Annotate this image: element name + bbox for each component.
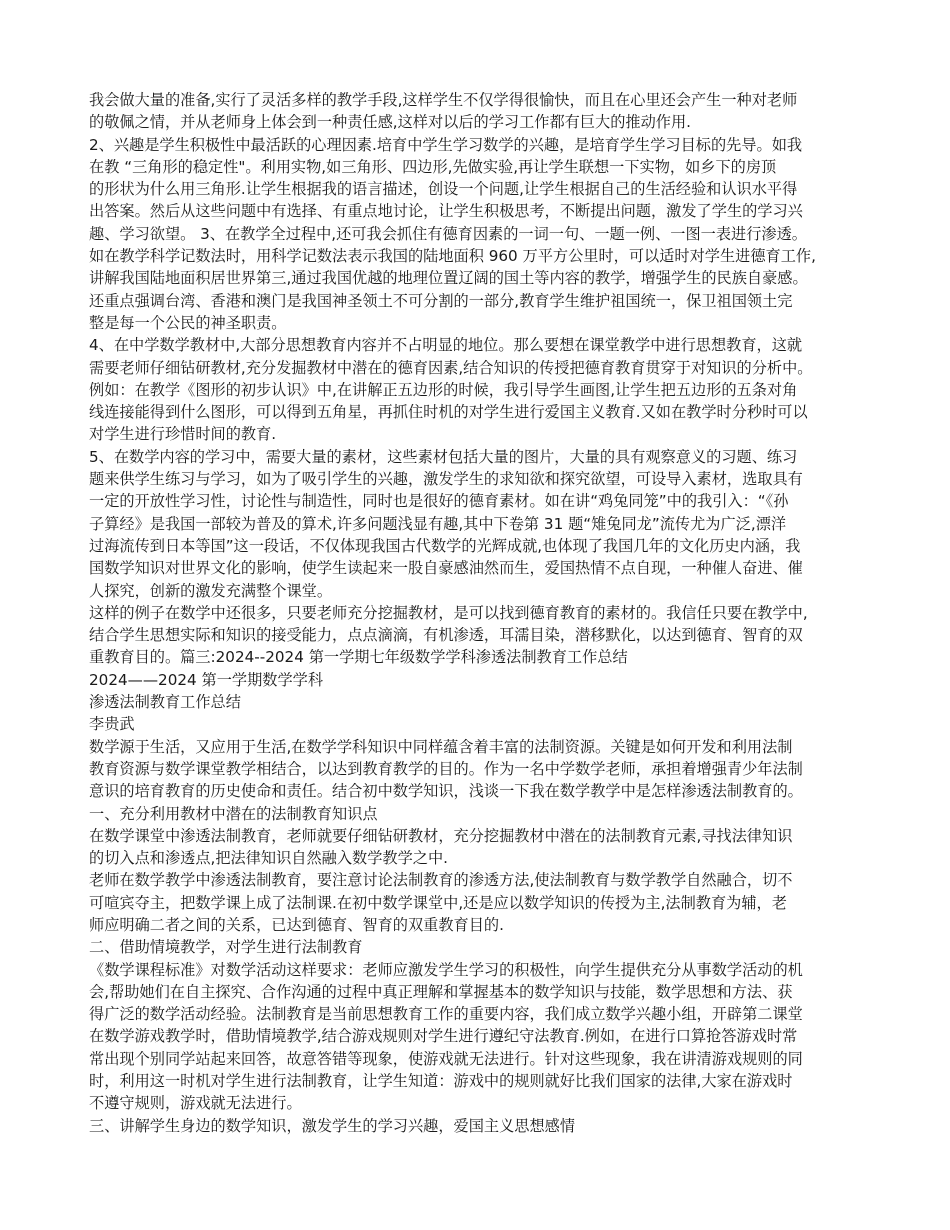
text-line: 常出现个别同学站起来回答，故意答错等现象，使游戏就无法进行。针对这些现象，我在讲… — [89, 1048, 869, 1070]
text-line: 老师在数学教学中渗透法制教育，要注意讨论法制教育的渗透方法,使法制教育与数学教学… — [89, 869, 869, 891]
text-line: 讲解我国陆地面积居世界第三,通过我国优越的地理位置辽阔的国土等内容的教学，增强学… — [89, 267, 869, 289]
text-line: 趣、学习欲望。 3、在教学全过程中,还可我会抓住有德育因素的一词一句、一题一例、… — [89, 223, 869, 245]
text-line: 数学源于生活，又应用于生活,在数学学科知识中同样蕴含着丰富的法制资源。关键是如何… — [89, 736, 869, 758]
text-line: 整是每一个公民的神圣职责。 — [89, 312, 869, 334]
text-line: 在数学游戏教学时，借助情境教学,结合游戏规则对学生进行遵纪守法教育.例如，在进行… — [89, 1025, 869, 1047]
text-line: 《数学课程标准》对数学活动这样要求：老师应激发学生学习的积极性，向学生提供充分从… — [89, 959, 869, 981]
text-line: 一定的开放性学习性，讨论性与制造性，同时也是很好的德育素材。如在讲“鸡兔同笼”中… — [89, 490, 869, 512]
text-line: 题来供学生练习与学习，如为了吸引学生的兴趣，激发学生的求知欲和探究欲望，可设导入… — [89, 468, 869, 490]
author-name: 李贵武 — [89, 713, 869, 735]
text-line: 线连接能得到什么图形，可以得到五角星，再抓住时机的对学生进行爱国主义教育.又如在… — [89, 401, 869, 423]
text-line: 不遵守规则，游戏就无法进行。 — [89, 1092, 869, 1114]
text-line: 子算经》是我国一部较为普及的算术,许多问题浅显有趣,其中下卷第 31 题“雉兔同… — [89, 513, 869, 535]
text-line: 结合学生思想实际和知识的接受能力，点点滴滴，有机渗透，耳濡目染，潜移默化，以达到… — [89, 624, 869, 646]
text-line: 时，利用这一时机对学生进行法制教育，让学生知道：游戏中的规则就好比我们国家的法律… — [89, 1070, 869, 1092]
text-line: 需要老师仔细钻研教材,充分发掘教材中潜在的德育因素,结合知识的传授把德育教育贯穿… — [89, 357, 869, 379]
text-line: 4、在中学数学教材中,大部分思想教育内容并不占明显的地位。那么要想在课堂教学中进… — [89, 334, 869, 356]
text-line: 在数学课堂中渗透法制教育，老师就要仔细钻研教材，充分挖掘教材中潜在的法制教育元素… — [89, 825, 869, 847]
text-line: 这样的例子在数学中还很多，只要老师充分挖掘教材，是可以找到德育教育的素材的。我信… — [89, 602, 869, 624]
section-heading: 二、借助情境教学，对学生进行法制教育 — [89, 936, 869, 958]
text-line: 的切入点和渗透点,把法律知识自然融入数学教学之中. — [89, 847, 869, 869]
text-line: 出答案。然后从这些问题中有选择、有重点地讨论，让学生积极思考，不断提出问题，激发… — [89, 200, 869, 222]
text-line: 国数学知识对世界文化的影响，使学生读起来一股自豪感油然而生，爱国热情不点自现，一… — [89, 557, 869, 579]
document-page: 我会做大量的准备,实行了灵活多样的教学手段,这样学生不仅学得很愉快，而且在心里还… — [89, 89, 869, 1137]
text-line: 人探究，创新的激发充满整个课堂。 — [89, 580, 869, 602]
text-line: 如在教学科学记数法时，用科学记数法表示我国的陆地面积 960 万平方公里时，可以… — [89, 245, 869, 267]
text-line: 5、在数学内容的学习中，需要大量的素材，这些素材包括大量的图片，大量的具有观察意… — [89, 446, 869, 468]
text-line: 过海流传到日本等国”这一段话，不仅体现我国古代数学的光辉成就,也体现了我国几年的… — [89, 535, 869, 557]
text-line: 师应明确二者之间的关系，已达到德育、智育的双重教育目的. — [89, 914, 869, 936]
text-line: 在教 “三角形的稳定性"。利用实物,如三角形、四边形,先做实验,再让学生联想一下… — [89, 156, 869, 178]
text-line: 的敬佩之情，并从老师身上体会到一种责任感,这样对以后的学习工作都有巨大的推动作用… — [89, 111, 869, 133]
text-line: 教育资源与数学课堂教学相结合，以达到教育教学的目的。作为一名中学数学老师，承担着… — [89, 758, 869, 780]
section-title: 2024——2024 第一学期数学学科 — [89, 669, 869, 691]
text-line: 意识的培育教育的历史使命和责任。结合初中数学知识，浅谈一下我在数学教学中是怎样渗… — [89, 780, 869, 802]
text-line: 重教育目的。篇三:2024--2024 第一学期七年级数学学科渗透法制教育工作总… — [89, 646, 869, 668]
text-line: 例如：在教学《图形的初步认识》中,在讲解正五边形的时候，我引导学生画图,让学生把… — [89, 379, 869, 401]
text-line: 我会做大量的准备,实行了灵活多样的教学手段,这样学生不仅学得很愉快，而且在心里还… — [89, 89, 869, 111]
section-heading: 一、充分利用教材中潜在的法制教育知识点 — [89, 803, 869, 825]
text-line: 可喧宾夺主，把数学课上成了法制课.在初中数学课堂中,还是应以数学知识的传授为主,… — [89, 892, 869, 914]
text-line: 得广泛的数学活动经验。法制教育是当前思想教育工作的重要内容，我们成立数学兴趣小组… — [89, 1003, 869, 1025]
text-line: 还重点强调台湾、香港和澳门是我国神圣领土不可分割的一部分,教育学生维护祖国统一，… — [89, 290, 869, 312]
text-line: 的形状为什么用三角形.让学生根据我的语言描述，创设一个问题,让学生根据自己的生活… — [89, 178, 869, 200]
text-line: 对学生进行珍惜时间的教育. — [89, 423, 869, 445]
text-line: 会,帮助她们在自主探究、合作沟通的过程中真正理解和掌握基本的数学知识与技能，数学… — [89, 981, 869, 1003]
text-line: 2、兴趣是学生积极性中最活跃的心理因素.培育中学生学习数学的兴趣，是培育学生学习… — [89, 134, 869, 156]
section-title: 渗透法制教育工作总结 — [89, 691, 869, 713]
section-heading: 三、讲解学生身边的数学知识，激发学生的学习兴趣，爱国主义思想感情 — [89, 1115, 869, 1137]
